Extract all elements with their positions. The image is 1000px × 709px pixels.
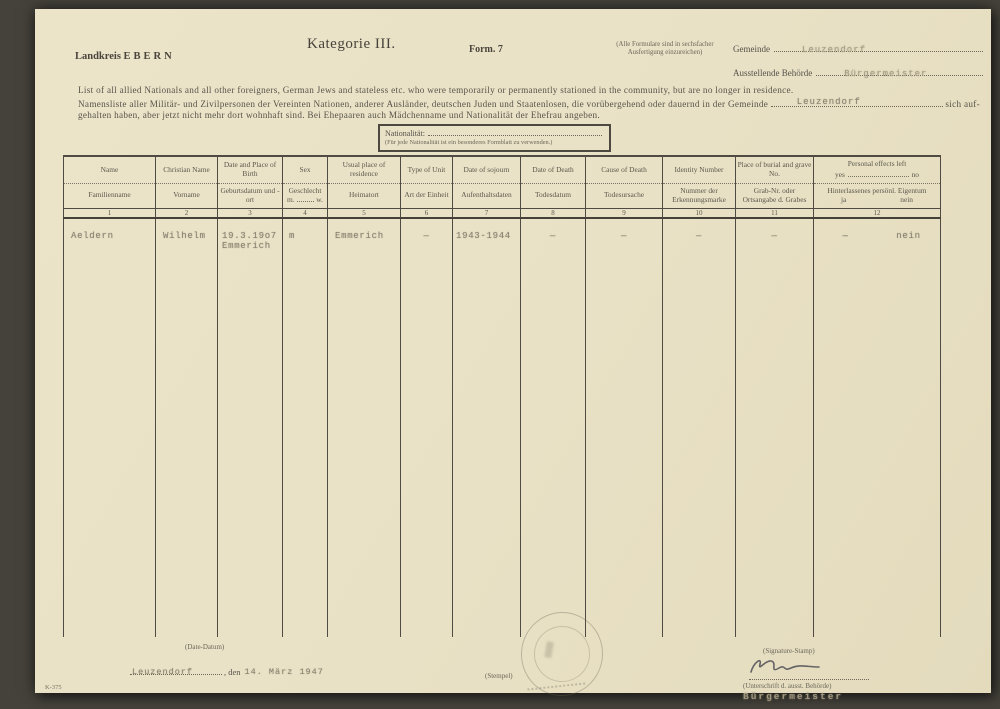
- sex-m-label: m.: [287, 196, 295, 204]
- col-header-effects-en: Personal effects left yes no: [814, 156, 941, 183]
- form-note-line2: Ausfertigung einzureichen): [580, 49, 750, 57]
- col-num-9: 9: [586, 208, 663, 218]
- cell-einheit: —: [401, 218, 453, 637]
- nationality-box: Nationalität: (Für jede Nationalität ist…: [378, 124, 611, 152]
- col-num-10: 10: [663, 208, 736, 218]
- dotted-line: [848, 171, 909, 177]
- gemeinde-value: Leuzendorf: [802, 45, 866, 55]
- col-header-residence-de: Heimatort: [328, 183, 401, 208]
- col-header-identity-en: Identity Number: [663, 156, 736, 183]
- cell-eigentum-ja: —: [814, 231, 877, 241]
- sex-m-w: m. w.: [284, 196, 326, 204]
- col-header-sex-en: Sex: [283, 156, 328, 183]
- dotted-line: [428, 128, 602, 136]
- effects-ja-nein: ja nein: [815, 196, 939, 204]
- cell-identity: —: [663, 218, 736, 637]
- header-row-numbers: 1 2 3 4 5 6 7 8 9 10 11 12: [64, 208, 941, 218]
- cell-familienname: Aeldern: [64, 218, 156, 637]
- date-place-blank: Leuzendorf: [130, 665, 222, 677]
- col-num-6: 6: [401, 208, 453, 218]
- form-number: Form. 7: [469, 44, 503, 55]
- header-row-german: Familienname Vorname Geburtsdatum und -o…: [64, 183, 941, 208]
- nationality-label: Nationalität:: [385, 129, 425, 138]
- effects-yes-no: yes no: [815, 171, 939, 179]
- col-header-death-date-de: Todesdatum: [521, 183, 586, 208]
- cell-geburtsort: Emmerich: [222, 241, 282, 251]
- form-note: (Alle Formulare sind in sechsfacher Ausf…: [580, 41, 750, 56]
- cell-grab: —: [736, 218, 814, 637]
- col-header-death-cause-en: Cause of Death: [586, 156, 663, 183]
- col-num-5: 5: [328, 208, 401, 218]
- form-note-line1: (Alle Formulare sind in sechsfacher: [580, 41, 750, 49]
- scanned-form-page: Landkreis EBERN Kategorie III. Form. 7 (…: [35, 9, 991, 693]
- unterschrift-label: (Unterschrift d. ausst. Behörde): [743, 682, 831, 690]
- cell-geburtsdatum: 19.3.19o7: [222, 231, 282, 241]
- date-datum-label: (Date-Datum): [185, 643, 224, 651]
- cell-eigentum: — nein: [814, 218, 941, 637]
- col-num-4: 4: [283, 208, 328, 218]
- col-num-11: 11: [736, 208, 814, 218]
- handwritten-signature: [745, 653, 825, 681]
- den-label: , den: [224, 667, 241, 677]
- col-header-sex-de: Geschlecht m. w.: [283, 183, 328, 208]
- col-num-8: 8: [521, 208, 586, 218]
- col-header-burial-de: Grab-Nr. oder Ortsangabe d. Grabes: [736, 183, 814, 208]
- intro-line2: Namensliste aller Militär- und Zivilpers…: [78, 97, 978, 111]
- scan-background: { "document": { "landkreis": "Landkreis"…: [0, 0, 1000, 709]
- effects-nein-label: nein: [900, 196, 913, 204]
- cell-geschlecht: m: [283, 218, 328, 637]
- col-header-burial-en: Place of burial and grave No.: [736, 156, 814, 183]
- intro-line3: gehalten haben, aber jetzt nicht mehr do…: [78, 110, 978, 122]
- cell-aufenthalt: 1943-1944: [453, 218, 521, 637]
- table-row: Aeldern Wilhelm 19.3.19o7 Emmerich m Emm…: [64, 218, 941, 637]
- gemeinde-label: Gemeinde: [733, 44, 770, 54]
- behoerde-label: Ausstellende Behörde: [733, 68, 812, 78]
- landkreis-heading: Landkreis EBERN: [75, 51, 175, 62]
- col-header-birth-en: Date and Place of Birth: [218, 156, 283, 183]
- cell-eigentum-nein: nein: [877, 231, 940, 241]
- behoerde-blank: Bürgermeister: [816, 65, 983, 78]
- cell-todesdatum: —: [521, 218, 586, 637]
- behoerde-field: Ausstellende Behörde Bürgermeister: [733, 65, 983, 78]
- intro-line2-before: Namensliste aller Militär- und Zivilpers…: [78, 99, 768, 109]
- col-header-sojourn-en: Date of sojourn: [453, 156, 521, 183]
- col-header-sojourn-de: Aufenthaltsdaten: [453, 183, 521, 208]
- effects-yes-label: yes: [835, 171, 845, 179]
- col-num-3: 3: [218, 208, 283, 218]
- signature-role-value: Bürgermeister: [743, 691, 843, 702]
- col-header-identity-de: Nummer der Erkennungsmarke: [663, 183, 736, 208]
- nationality-note: (Für jede Nationalität ist ein besondere…: [385, 139, 604, 146]
- col-header-effects-de: Hinterlassenes persönl. Eigentum ja nein: [814, 183, 941, 208]
- intro-gemeinde-blank: Leuzendorf: [771, 97, 943, 107]
- effects-title-de: Hinterlassenes persönl. Eigentum: [815, 187, 939, 195]
- col-header-residence-en: Usual place of residence: [328, 156, 401, 183]
- cell-todesursache: —: [586, 218, 663, 637]
- effects-ja-label: ja: [841, 196, 846, 204]
- col-num-12: 12: [814, 208, 941, 218]
- landkreis-name: EBERN: [124, 51, 175, 62]
- date-value: 14. März 1947: [245, 667, 324, 677]
- header-row-english: Name Christian Name Date and Place of Bi…: [64, 156, 941, 183]
- col-num-2: 2: [156, 208, 218, 218]
- col-header-unit-en: Type of Unit: [401, 156, 453, 183]
- intro-line2-after: sich auf-: [945, 99, 980, 109]
- effects-no-label: no: [912, 171, 919, 179]
- col-header-birth-de: Geburtsdatum und -ort: [218, 183, 283, 208]
- landkreis-label: Landkreis: [75, 51, 121, 62]
- col-header-name-de: Familienname: [64, 183, 156, 208]
- sex-w-label: w.: [316, 196, 323, 204]
- cell-heimatort: Emmerich: [328, 218, 401, 637]
- stempel-label: (Stempel): [485, 672, 513, 680]
- cell-vorname: Wilhelm: [156, 218, 218, 637]
- date-place-value: Leuzendorf: [132, 667, 193, 677]
- col-header-name-en: Name: [64, 156, 156, 183]
- col-num-7: 7: [453, 208, 521, 218]
- intro-paragraph: List of all allied Nationals and all oth…: [78, 85, 978, 122]
- col-header-christian-name-en: Christian Name: [156, 156, 218, 183]
- gemeinde-blank: Leuzendorf: [774, 41, 983, 54]
- intro-gemeinde-value: Leuzendorf: [797, 97, 861, 109]
- date-line: Leuzendorf , den 14. März 1947: [130, 665, 360, 677]
- category-title: Kategorie III.: [307, 36, 396, 53]
- persons-table: Name Christian Name Date and Place of Bi…: [63, 155, 941, 637]
- dotted-line: [297, 196, 315, 202]
- col-header-christian-name-de: Vorname: [156, 183, 218, 208]
- col-header-death-date-en: Date of Death: [521, 156, 586, 183]
- effects-title-en: Personal effects left: [815, 160, 939, 168]
- corner-mark: K-375: [45, 684, 62, 691]
- col-header-death-cause-de: Todesursache: [586, 183, 663, 208]
- behoerde-value: Bürgermeister: [844, 69, 927, 79]
- col-header-unit-de: Art der Einheit: [401, 183, 453, 208]
- intro-line1: List of all allied Nationals and all oth…: [78, 85, 978, 97]
- round-stamp: [512, 603, 612, 705]
- col-num-1: 1: [64, 208, 156, 218]
- cell-geburt: 19.3.19o7 Emmerich: [218, 218, 283, 637]
- gemeinde-field: Gemeinde Leuzendorf: [733, 41, 983, 54]
- signature-dotted-line: [749, 679, 869, 680]
